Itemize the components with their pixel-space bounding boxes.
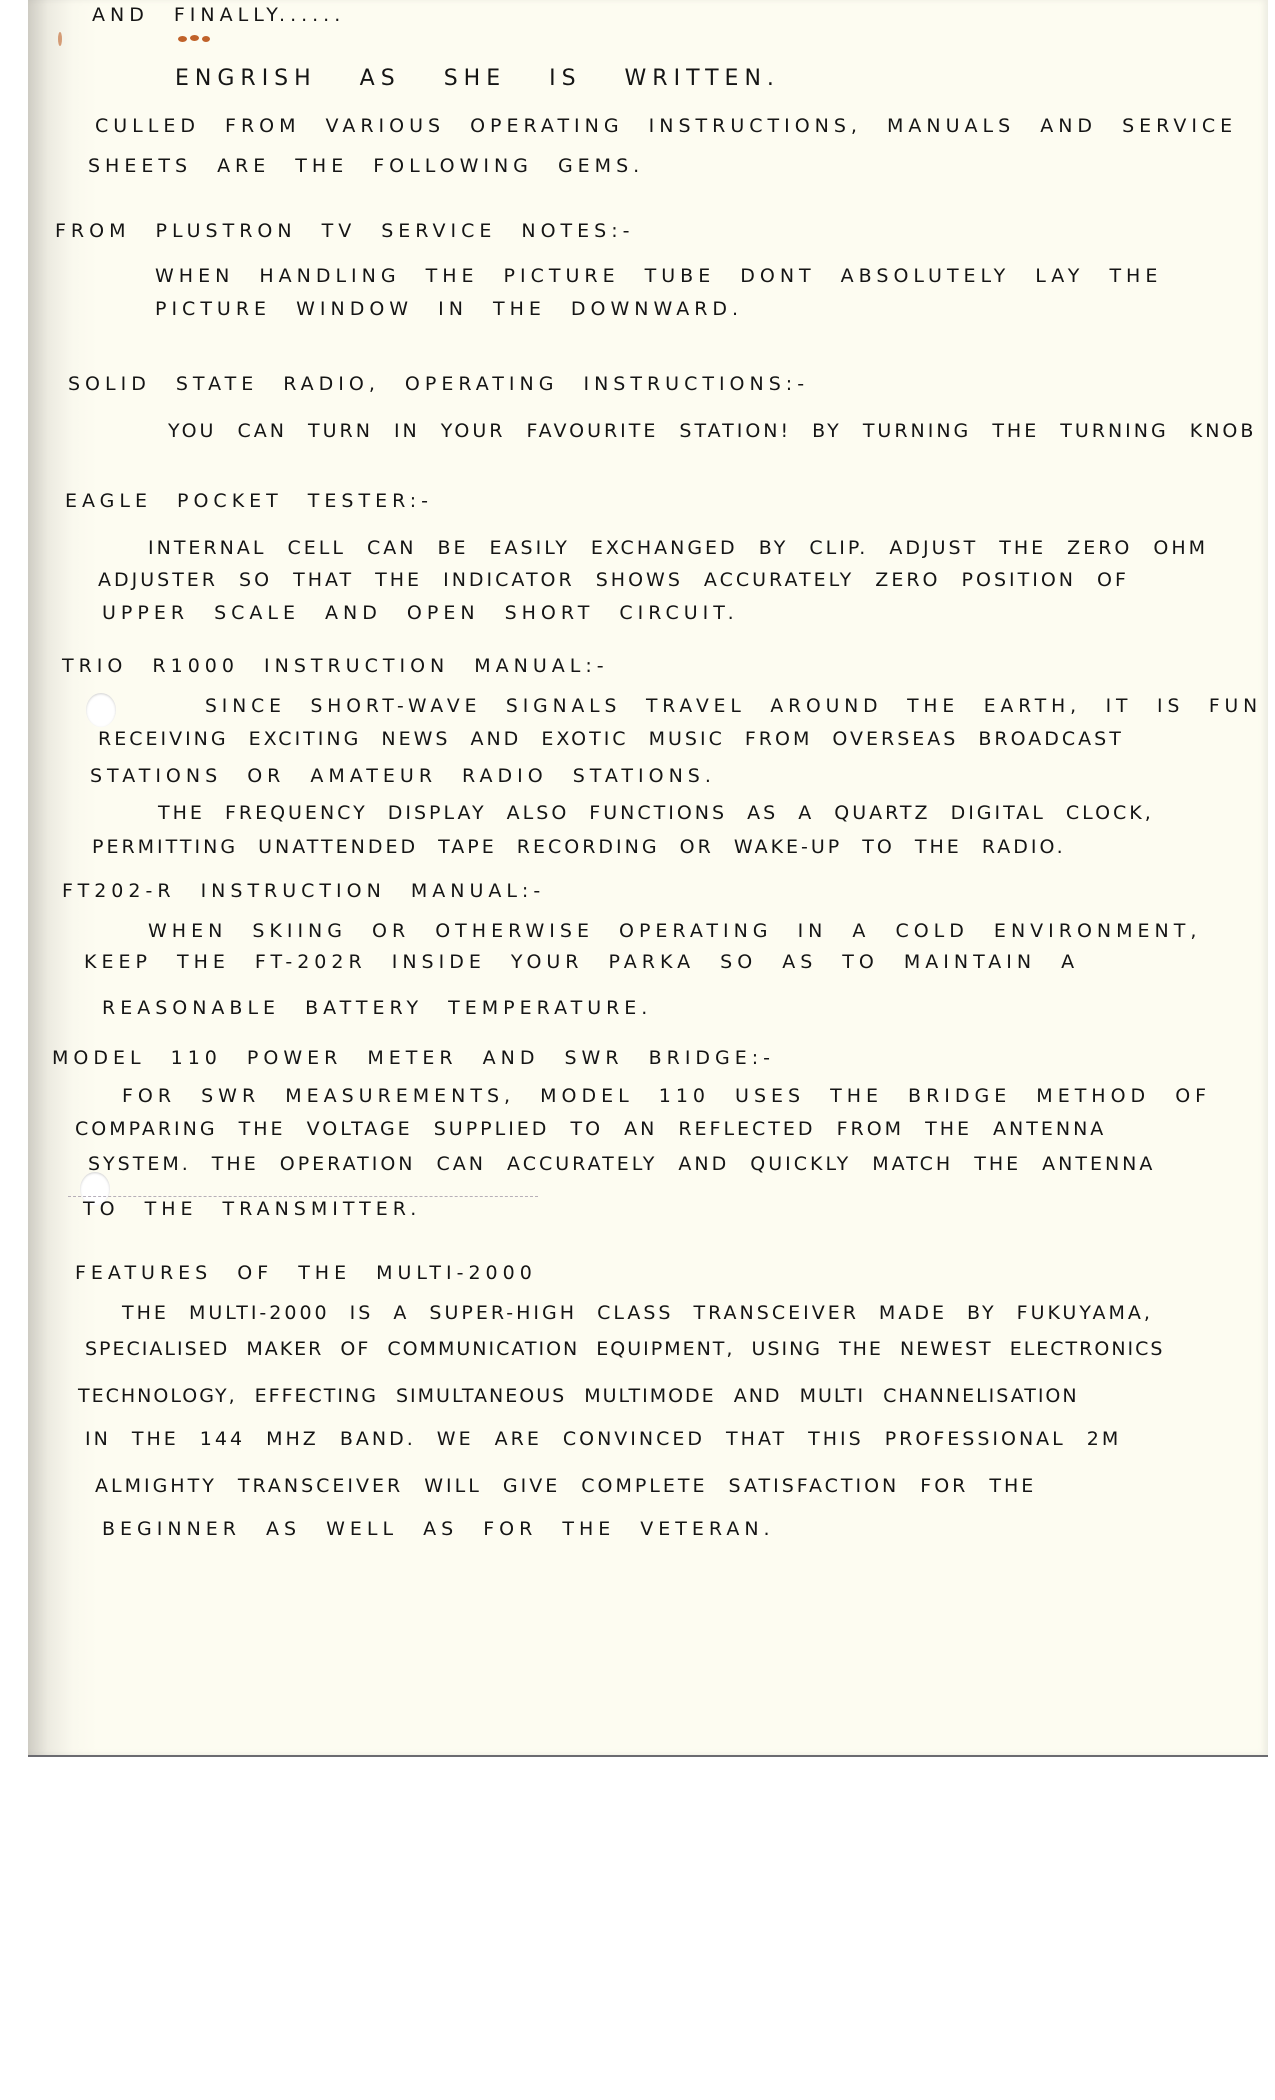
section-line: SINCE SHORT-WAVE SIGNALS TRAVEL AROUND T… [205, 695, 1262, 717]
section-heading: FT202-R INSTRUCTION MANUAL:- [62, 880, 545, 902]
scan-artifact-line [68, 1196, 538, 1197]
section-heading: SOLID STATE RADIO, OPERATING INSTRUCTION… [68, 373, 809, 395]
section-line: ALMIGHTY TRANSCEIVER WILL GIVE COMPLETE … [95, 1475, 1036, 1497]
punch-hole [86, 693, 116, 727]
section-line: THE MULTI-2000 IS A SUPER-HIGH CLASS TRA… [122, 1302, 1153, 1324]
intro-line: CULLED FROM VARIOUS OPERATING INSTRUCTIO… [95, 115, 1237, 137]
section-line: SPECIALISED MAKER OF COMMUNICATION EQUIP… [85, 1338, 1164, 1360]
section-line: PERMITTING UNATTENDED TAPE RECORDING OR … [92, 836, 1066, 858]
ink-stain [58, 32, 62, 46]
intro-line: SHEETS ARE THE FOLLOWING GEMS. [88, 155, 644, 177]
section-line: WHEN SKIING OR OTHERWISE OPERATING IN A … [148, 920, 1201, 942]
section-line: RECEIVING EXCITING NEWS AND EXOTIC MUSIC… [98, 728, 1124, 750]
section-line: KEEP THE FT-202R INSIDE YOUR PARKA SO AS… [84, 951, 1079, 973]
section-line: SYSTEM. THE OPERATION CAN ACCURATELY AND… [88, 1153, 1155, 1175]
ink-stain [178, 36, 187, 42]
section-heading: EAGLE POCKET TESTER:- [65, 490, 433, 512]
section-line: THE FREQUENCY DISPLAY ALSO FUNCTIONS AS … [158, 802, 1154, 824]
section-line: REASONABLE BATTERY TEMPERATURE. [102, 997, 652, 1019]
section-line: YOU CAN TURN IN YOUR FAVOURITE STATION! … [168, 420, 1256, 442]
section-line: TECHNOLOGY, EFFECTING SIMULTANEOUS MULTI… [78, 1385, 1079, 1407]
section-line: UPPER SCALE AND OPEN SHORT CIRCUIT. [102, 602, 739, 624]
section-line: COMPARING THE VOLTAGE SUPPLIED TO AN REF… [75, 1118, 1106, 1140]
section-line: WHEN HANDLING THE PICTURE TUBE DONT ABSO… [155, 265, 1162, 287]
section-heading: FEATURES OF THE MULTI-2000 [75, 1262, 537, 1284]
section-heading: TRIO R1000 INSTRUCTION MANUAL:- [62, 655, 609, 677]
page-title: ENGRISH AS SHE IS WRITTEN. [175, 66, 780, 91]
section-line: FOR SWR MEASUREMENTS, MODEL 110 USES THE… [122, 1085, 1211, 1107]
section-line: BEGINNER AS WELL AS FOR THE VETERAN. [102, 1518, 775, 1540]
lead-heading: AND FINALLY...... [92, 4, 345, 26]
section-line: TO THE TRANSMITTER. [83, 1198, 421, 1220]
section-line: INTERNAL CELL CAN BE EASILY EXCHANGED BY… [148, 537, 1208, 559]
section-line: PICTURE WINDOW IN THE DOWNWARD. [155, 298, 743, 320]
section-line: STATIONS OR AMATEUR RADIO STATIONS. [90, 765, 716, 787]
ink-stain [190, 35, 199, 41]
ink-stain [202, 36, 210, 42]
section-heading: FROM PLUSTRON TV SERVICE NOTES:- [55, 220, 634, 242]
section-line: IN THE 144 MHZ BAND. WE ARE CONVINCED TH… [85, 1428, 1121, 1450]
section-heading: MODEL 110 POWER METER AND SWR BRIDGE:- [52, 1047, 775, 1069]
section-line: ADJUSTER SO THAT THE INDICATOR SHOWS ACC… [98, 569, 1129, 591]
